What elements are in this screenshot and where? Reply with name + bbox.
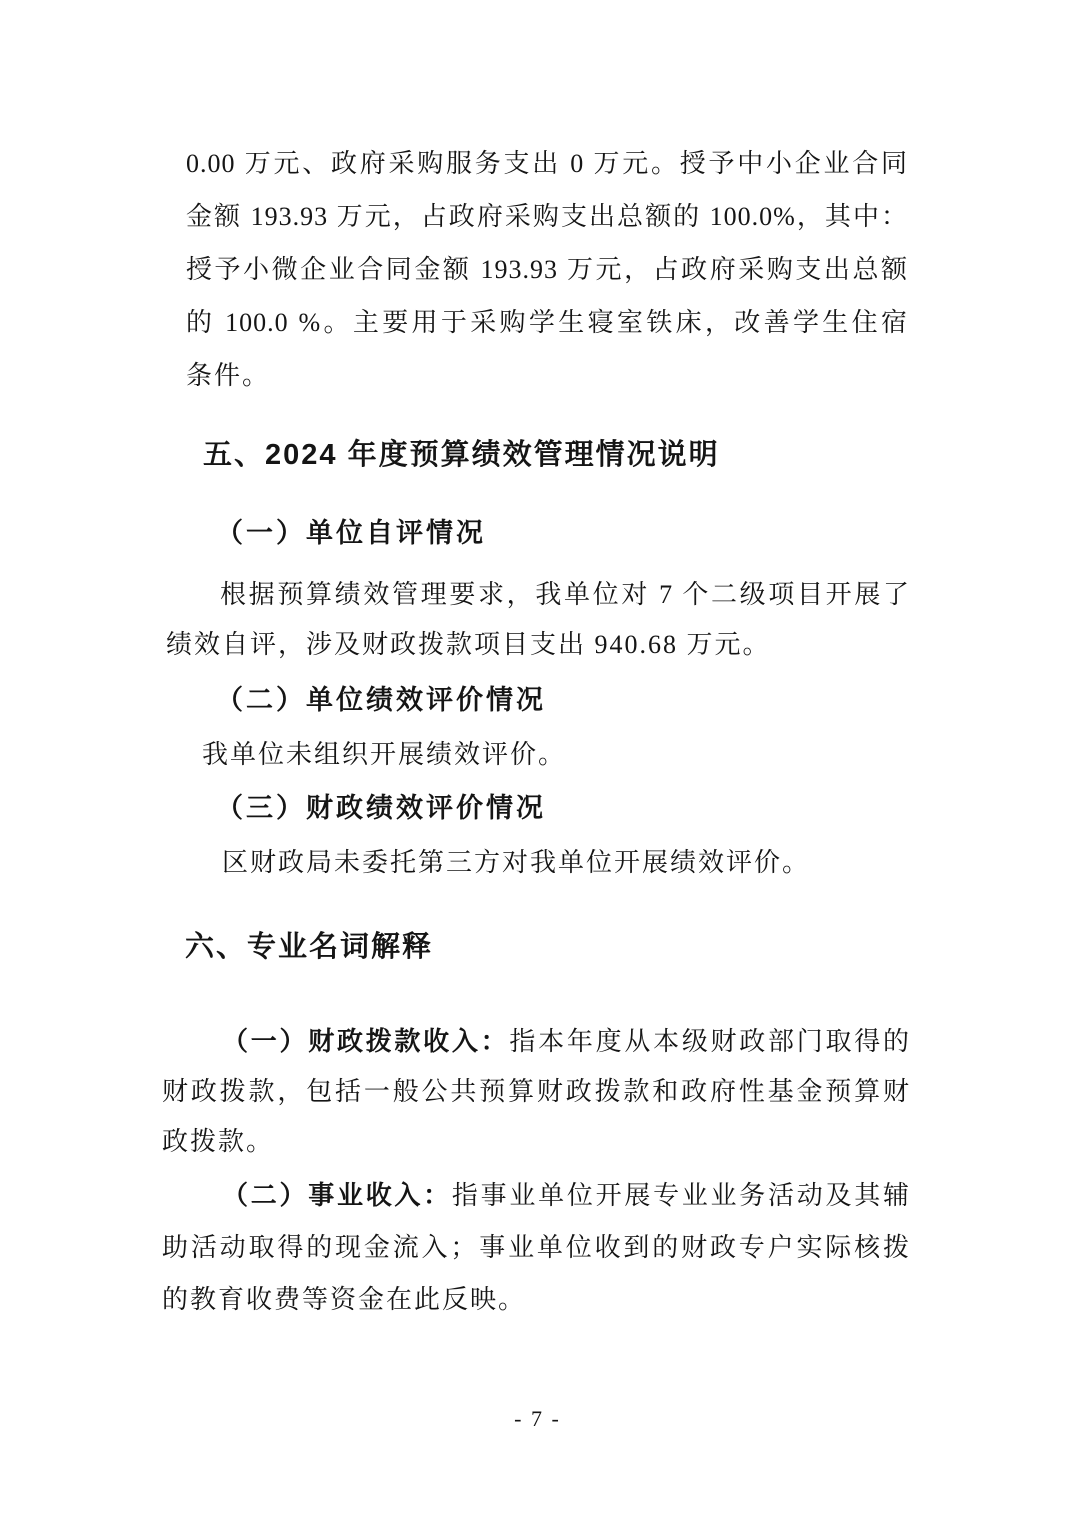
term-definition-business-income: （二）事业收入：指事业单位开展专业业务活动及其辅 助活动取得的现金流入；事业单位… xyxy=(162,1170,910,1326)
term-lead: （一）财政拨款收入： xyxy=(222,1027,509,1056)
term-text: 指事业单位开展专业业务活动及其辅 xyxy=(452,1181,910,1210)
subsection-heading-unit-performance-evaluation: （二）单位绩效评价情况 xyxy=(216,679,546,721)
section5-heading: 五、2024 年度预算绩效管理情况说明 xyxy=(203,435,720,475)
paragraph-line: 财政拨款，包括一般公共预算财政拨款和政府性基金预算财 xyxy=(162,1067,910,1117)
carryover-paragraph: 0.00 万元、政府采购服务支出 0 万元。授予中小企业合同 金额 193.93… xyxy=(186,137,908,402)
paragraph-line: 根据预算绩效管理要求，我单位对 7 个二级项目开展了 xyxy=(166,570,910,620)
paragraph-line: 0.00 万元、政府采购服务支出 0 万元。授予中小企业合同 xyxy=(186,137,908,190)
subsection-heading-finance-performance-evaluation: （三）财政绩效评价情况 xyxy=(216,787,546,829)
page-number: - 7 - xyxy=(0,1406,1075,1432)
document-page: 0.00 万元、政府采购服务支出 0 万元。授予中小企业合同 金额 193.93… xyxy=(0,0,1075,1520)
term-text: 指本年度从本级财政部门取得的 xyxy=(509,1027,910,1056)
paragraph-line: 绩效自评，涉及财政拨款项目支出 940.68 万元。 xyxy=(166,620,910,670)
paragraph-line: 的教育收费等资金在此反映。 xyxy=(162,1274,910,1326)
paragraph-line: 助活动取得的现金流入；事业单位收到的财政专户实际核拨 xyxy=(162,1222,910,1274)
paragraph-line: （一）财政拨款收入：指本年度从本级财政部门取得的 xyxy=(162,1017,910,1067)
paragraph-line: 的 100.0 %。主要用于采购学生寝室铁床，改善学生住宿 xyxy=(186,296,908,349)
paragraph-line: 政拨款。 xyxy=(162,1117,910,1167)
subsection-heading-unit-self-evaluation: （一）单位自评情况 xyxy=(216,512,486,554)
section6-heading: 六、专业名词解释 xyxy=(185,927,433,967)
paragraph-line: 条件。 xyxy=(186,349,908,402)
paragraph-line: 授予小微企业合同金额 193.93 万元，占政府采购支出总额 xyxy=(186,243,908,296)
term-lead: （二）事业收入： xyxy=(222,1181,452,1210)
finance-performance-evaluation-paragraph: 区财政局未委托第三方对我单位开展绩效评价。 xyxy=(222,838,810,888)
paragraph-line: （二）事业收入：指事业单位开展专业业务活动及其辅 xyxy=(162,1170,910,1222)
unit-self-evaluation-paragraph: 根据预算绩效管理要求，我单位对 7 个二级项目开展了 绩效自评，涉及财政拨款项目… xyxy=(166,570,910,670)
paragraph-line: 金额 193.93 万元，占政府采购支出总额的 100.0%，其中： xyxy=(186,190,908,243)
unit-performance-evaluation-paragraph: 我单位未组织开展绩效评价。 xyxy=(202,730,566,780)
term-definition-fiscal-appropriation-income: （一）财政拨款收入：指本年度从本级财政部门取得的 财政拨款，包括一般公共预算财政… xyxy=(162,1017,910,1167)
